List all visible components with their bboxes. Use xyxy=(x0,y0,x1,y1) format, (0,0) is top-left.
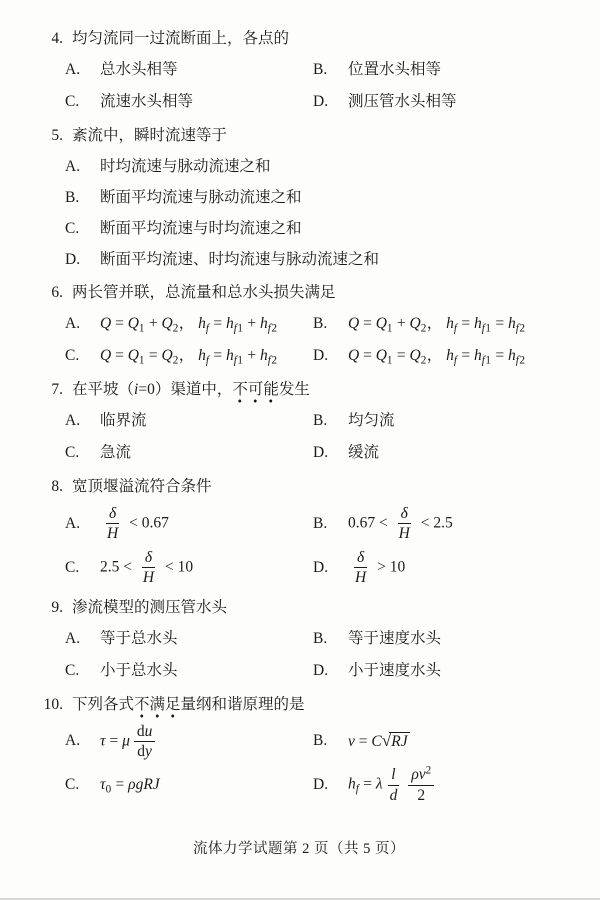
fraction-denominator: H xyxy=(352,568,369,587)
question-5: 5.紊流中，瞬时流速等于A.时均流速与脉动流速之和B.断面平均流速与脉动流速之和… xyxy=(38,121,560,275)
option-content: Q = Q1 + Q2， hf = hf1 + hf2 xyxy=(100,309,277,339)
fraction-numerator: l xyxy=(388,765,398,785)
fraction-numerator: du xyxy=(134,722,156,742)
math-var: δ xyxy=(401,505,408,522)
options-group: A.τ = μdudyB.v = C√RJC.τ0 = ρgRJD.hf = λ… xyxy=(65,720,560,808)
fraction: δH xyxy=(104,504,121,544)
math-var: δ xyxy=(109,505,116,522)
radicand: RJ xyxy=(389,732,409,750)
math-var: Q xyxy=(376,315,387,332)
option-content: Q = Q1 + Q2， hf = hf1 = hf2 xyxy=(348,309,525,339)
option-5-a: A.时均流速与脉动流速之和 xyxy=(65,152,560,182)
option-content: 等于速度水头 xyxy=(348,624,441,654)
option-label: B. xyxy=(313,55,336,85)
fraction-denominator: 2 xyxy=(414,786,428,805)
math-subscript: 2 xyxy=(421,322,427,334)
math-subscript: 1 xyxy=(387,322,393,334)
option-label: C. xyxy=(65,770,88,800)
option-6-a: A.Q = Q1 + Q2， hf = hf1 + hf2 xyxy=(65,309,313,339)
option-label: C. xyxy=(65,656,88,686)
math-var: h xyxy=(508,315,516,332)
option-label: A. xyxy=(65,406,88,436)
option-label: D. xyxy=(65,245,88,275)
option-label: C. xyxy=(65,553,88,583)
question-10: 10.下列各式不满足量纲和谐原理的是A.τ = μdudyB.v = C√RJC… xyxy=(38,690,560,808)
option-content: 0.67 < δH < 2.5 xyxy=(348,503,453,545)
question-stem: 5.紊流中，瞬时流速等于 xyxy=(38,121,560,151)
math-var: H xyxy=(355,569,366,586)
option-8-b: B.0.67 < δH < 2.5 xyxy=(313,503,560,545)
question-6: 6.两长管并联，总流量和总水头损失满足A.Q = Q1 + Q2， hf = h… xyxy=(38,278,560,372)
math-var: y xyxy=(145,743,152,760)
option-5-b: B.断面平均流速与脉动流速之和 xyxy=(65,183,560,213)
fraction-numerator: δ xyxy=(142,548,155,568)
option-4-c: C.流速水头相等 xyxy=(65,87,313,117)
math-var: h xyxy=(198,347,206,364)
math-var: δ xyxy=(357,549,364,566)
option-content: Q = Q1 = Q2， hf = hf1 = hf2 xyxy=(348,341,525,371)
math-var: H xyxy=(143,569,154,586)
math-var: Q xyxy=(128,347,139,364)
math-superscript: 2 xyxy=(426,765,432,777)
math-subscript: 2 xyxy=(421,354,427,366)
math-var: H xyxy=(399,525,410,542)
option-10-a: A.τ = μdudy xyxy=(65,721,313,763)
math-var: ρgRJ xyxy=(128,776,160,793)
option-content: 断面平均流速与时均流速之和 xyxy=(100,214,302,244)
option-label: B. xyxy=(65,183,88,213)
option-content: v = C√RJ xyxy=(348,726,410,757)
option-content: 流速水头相等 xyxy=(100,87,193,117)
question-number: 8. xyxy=(38,472,72,502)
option-content: 2.5 < δH < 10 xyxy=(100,547,193,589)
option-label: D. xyxy=(313,87,336,117)
math-var: Q xyxy=(100,315,111,332)
fraction-numerator: δ xyxy=(398,504,411,524)
option-7-c: C.急流 xyxy=(65,438,313,468)
option-content: 总水头相等 xyxy=(100,55,178,85)
math-subscript: 1 xyxy=(485,322,491,334)
math-subscript: 1 xyxy=(139,322,145,334)
fraction: δH xyxy=(352,548,369,588)
math-var: Q xyxy=(100,347,111,364)
question-number: 10. xyxy=(38,690,72,720)
question-stem-text: 紊流中，瞬时流速等于 xyxy=(72,121,560,151)
option-9-c: C.小于总水头 xyxy=(65,656,313,686)
option-content: hf = λldρv22 xyxy=(348,764,438,806)
math-var: h xyxy=(260,347,268,364)
option-8-c: C.2.5 < δH < 10 xyxy=(65,547,313,589)
math-var: Q xyxy=(348,315,359,332)
square-root: √RJ xyxy=(382,733,410,750)
question-stem-text: 宽顶堰溢流符合条件 xyxy=(72,472,560,502)
option-content: 测压管水头相等 xyxy=(348,87,457,117)
question-number: 4. xyxy=(38,24,72,54)
fraction: dudy xyxy=(134,722,156,762)
math-subscript: 2 xyxy=(271,354,277,366)
option-label: C. xyxy=(65,87,88,117)
option-label: A. xyxy=(65,726,88,756)
option-8-a: A.δH < 0.67 xyxy=(65,503,313,545)
fraction-denominator: dy xyxy=(134,742,155,761)
math-subscript: 2 xyxy=(519,354,525,366)
options-group: A.Q = Q1 + Q2， hf = hf1 + hf2B.Q = Q1 + … xyxy=(65,308,560,372)
exam-page: 4.均匀流同一过流断面上，各点的A.总水头相等B.位置水头相等C.流速水头相等D… xyxy=(0,0,600,900)
math-var: u xyxy=(145,723,153,740)
math-subscript: 1 xyxy=(387,354,393,366)
math-var: Q xyxy=(409,347,420,364)
option-content: 位置水头相等 xyxy=(348,55,441,85)
option-6-c: C.Q = Q1 = Q2， hf = hf1 + hf2 xyxy=(65,341,313,371)
math-var: Q xyxy=(348,347,359,364)
option-content: δH < 0.67 xyxy=(100,503,169,545)
option-9-d: D.小于速度水头 xyxy=(313,656,560,686)
math-var: h xyxy=(474,315,482,332)
math-var: ρv xyxy=(411,766,425,783)
fraction-denominator: H xyxy=(396,524,413,543)
math-subscript: 2 xyxy=(271,322,277,334)
option-label: B. xyxy=(313,309,336,339)
options-group: A.时均流速与脉动流速之和B.断面平均流速与脉动流速之和C.断面平均流速与时均流… xyxy=(65,152,560,275)
options-group: A.等于总水头B.等于速度水头C.小于总水头D.小于速度水头 xyxy=(65,623,560,687)
math-var: Q xyxy=(409,315,420,332)
fraction: δH xyxy=(396,504,413,544)
math-subscript: 1 xyxy=(139,354,145,366)
math-var: λ xyxy=(376,776,383,793)
fraction: ρv22 xyxy=(408,765,434,805)
question-stem: 9.渗流模型的测压管水头 xyxy=(38,593,560,623)
option-label: C. xyxy=(65,214,88,244)
option-content: 时均流速与脉动流速之和 xyxy=(100,152,271,182)
question-8: 8.宽顶堰溢流符合条件A.δH < 0.67B.0.67 < δH < 2.5C… xyxy=(38,472,560,590)
option-8-d: D.δH > 10 xyxy=(313,547,560,589)
option-label: B. xyxy=(313,406,336,436)
math-var: δ xyxy=(145,549,152,566)
question-stem-text: 均匀流同一过流断面上，各点的 xyxy=(72,24,560,54)
option-label: B. xyxy=(313,509,336,539)
math-var: RJ xyxy=(391,733,407,750)
option-6-d: D.Q = Q1 = Q2， hf = hf1 = hf2 xyxy=(313,341,560,371)
math-var: h xyxy=(508,347,516,364)
math-var: v xyxy=(348,733,355,750)
fraction-numerator: δ xyxy=(106,504,119,524)
option-label: A. xyxy=(65,509,88,539)
question-stem: 4.均匀流同一过流断面上，各点的 xyxy=(38,24,560,54)
math-subscript: 0 xyxy=(106,783,112,795)
math-var: d xyxy=(390,787,398,804)
option-9-b: B.等于速度水头 xyxy=(313,624,560,654)
math-subscript: f xyxy=(356,783,360,795)
option-label: D. xyxy=(313,656,336,686)
fraction-denominator: H xyxy=(104,524,121,543)
option-label: A. xyxy=(65,152,88,182)
question-stem: 7.在平坡（i=0）渠道中，不可能发生 xyxy=(38,375,560,405)
fraction-denominator: d xyxy=(387,786,401,805)
question-number: 6. xyxy=(38,278,72,308)
option-content: 急流 xyxy=(100,438,131,468)
question-4: 4.均匀流同一过流断面上，各点的A.总水头相等B.位置水头相等C.流速水头相等D… xyxy=(38,24,560,118)
emphasized-text: 不满足 xyxy=(134,696,181,719)
option-content: 等于总水头 xyxy=(100,624,178,654)
option-4-d: D.测压管水头相等 xyxy=(313,87,560,117)
option-label: A. xyxy=(65,309,88,339)
math-subscript: 2 xyxy=(173,354,179,366)
option-content: 均匀流 xyxy=(348,406,395,436)
question-stem: 10.下列各式不满足量纲和谐原理的是 xyxy=(38,690,560,720)
option-label: A. xyxy=(65,55,88,85)
math-var: l xyxy=(391,766,395,783)
emphasized-text: 不可能 xyxy=(232,381,279,404)
math-subscript: 1 xyxy=(237,322,243,334)
question-stem-text: 下列各式不满足量纲和谐原理的是 xyxy=(72,690,560,720)
math-var: Q xyxy=(161,347,172,364)
option-10-b: B.v = C√RJ xyxy=(313,721,560,763)
fraction-numerator: ρv2 xyxy=(408,765,434,785)
math-subscript: 2 xyxy=(519,322,525,334)
math-var: h xyxy=(226,315,234,332)
question-stem: 8.宽顶堰溢流符合条件 xyxy=(38,472,560,502)
option-label: B. xyxy=(313,726,336,756)
option-content: τ0 = ρgRJ xyxy=(100,770,160,800)
option-label: D. xyxy=(313,553,336,583)
option-content: 小于速度水头 xyxy=(348,656,441,686)
option-5-c: C.断面平均流速与时均流速之和 xyxy=(65,214,560,244)
option-4-a: A.总水头相等 xyxy=(65,55,313,85)
option-7-a: A.临界流 xyxy=(65,406,313,436)
option-label: A. xyxy=(65,624,88,654)
question-9: 9.渗流模型的测压管水头A.等于总水头B.等于速度水头C.小于总水头D.小于速度… xyxy=(38,593,560,687)
option-content: τ = μdudy xyxy=(100,721,159,763)
options-group: A.总水头相等B.位置水头相等C.流速水头相等D.测压管水头相等 xyxy=(65,54,560,118)
option-9-a: A.等于总水头 xyxy=(65,624,313,654)
math-var: h xyxy=(260,315,268,332)
math-var: Q xyxy=(128,315,139,332)
math-subscript: 2 xyxy=(173,322,179,334)
option-content: 断面平均流速与脉动流速之和 xyxy=(100,183,302,213)
questions-list: 4.均匀流同一过流断面上，各点的A.总水头相等B.位置水头相等C.流速水头相等D… xyxy=(38,24,560,810)
option-label: D. xyxy=(313,438,336,468)
option-4-b: B.位置水头相等 xyxy=(313,55,560,85)
option-content: 临界流 xyxy=(100,406,147,436)
math-subscript: f xyxy=(454,322,458,334)
math-var: Q xyxy=(161,315,172,332)
option-10-d: D.hf = λldρv22 xyxy=(313,764,560,806)
math-var: Q xyxy=(376,347,387,364)
fraction: δH xyxy=(140,548,157,588)
math-subscript: 1 xyxy=(485,354,491,366)
math-var: H xyxy=(107,525,118,542)
math-var: h xyxy=(446,347,454,364)
option-content: 小于总水头 xyxy=(100,656,178,686)
question-number: 5. xyxy=(38,121,72,151)
option-content: 缓流 xyxy=(348,438,379,468)
question-stem-text: 在平坡（i=0）渠道中，不可能发生 xyxy=(72,375,560,405)
question-7: 7.在平坡（i=0）渠道中，不可能发生A.临界流B.均匀流C.急流D.缓流 xyxy=(38,375,560,469)
option-label: C. xyxy=(65,341,88,371)
option-content: δH > 10 xyxy=(348,547,405,589)
math-var: C xyxy=(371,733,381,750)
option-label: D. xyxy=(313,341,336,371)
option-label: C. xyxy=(65,438,88,468)
math-subscript: f xyxy=(206,354,210,366)
fraction-denominator: H xyxy=(140,568,157,587)
math-var: h xyxy=(474,347,482,364)
math-var: τ xyxy=(100,732,106,749)
math-subscript: 1 xyxy=(237,354,243,366)
math-subscript: f xyxy=(454,354,458,366)
option-content: 断面平均流速、时均流速与脉动流速之和 xyxy=(100,245,379,275)
options-group: A.临界流B.均匀流C.急流D.缓流 xyxy=(65,405,560,469)
option-10-c: C.τ0 = ρgRJ xyxy=(65,764,313,806)
option-7-d: D.缓流 xyxy=(313,438,560,468)
math-subscript: f xyxy=(206,322,210,334)
math-var: i xyxy=(134,381,138,398)
option-label: D. xyxy=(313,770,336,800)
option-5-d: D.断面平均流速、时均流速与脉动流速之和 xyxy=(65,245,560,275)
question-stem-text: 渗流模型的测压管水头 xyxy=(72,593,560,623)
fraction: ld xyxy=(387,765,401,805)
options-group: A.δH < 0.67B.0.67 < δH < 2.5C.2.5 < δH <… xyxy=(65,502,560,590)
math-var: h xyxy=(198,315,206,332)
page-footer: 流体力学试题第 2 页（共 5 页） xyxy=(38,837,560,858)
option-content: Q = Q1 = Q2， hf = hf1 + hf2 xyxy=(100,341,277,371)
math-var: h xyxy=(226,347,234,364)
question-stem: 6.两长管并联，总流量和总水头损失满足 xyxy=(38,278,560,308)
option-label: B. xyxy=(313,624,336,654)
question-number: 7. xyxy=(38,375,72,405)
option-7-b: B.均匀流 xyxy=(313,406,560,436)
option-6-b: B.Q = Q1 + Q2， hf = hf1 = hf2 xyxy=(313,309,560,339)
question-number: 9. xyxy=(38,593,72,623)
math-var: h xyxy=(446,315,454,332)
math-var: μ xyxy=(122,732,130,749)
math-var: h xyxy=(348,776,356,793)
question-stem-text: 两长管并联，总流量和总水头损失满足 xyxy=(72,278,560,308)
fraction-numerator: δ xyxy=(354,548,367,568)
